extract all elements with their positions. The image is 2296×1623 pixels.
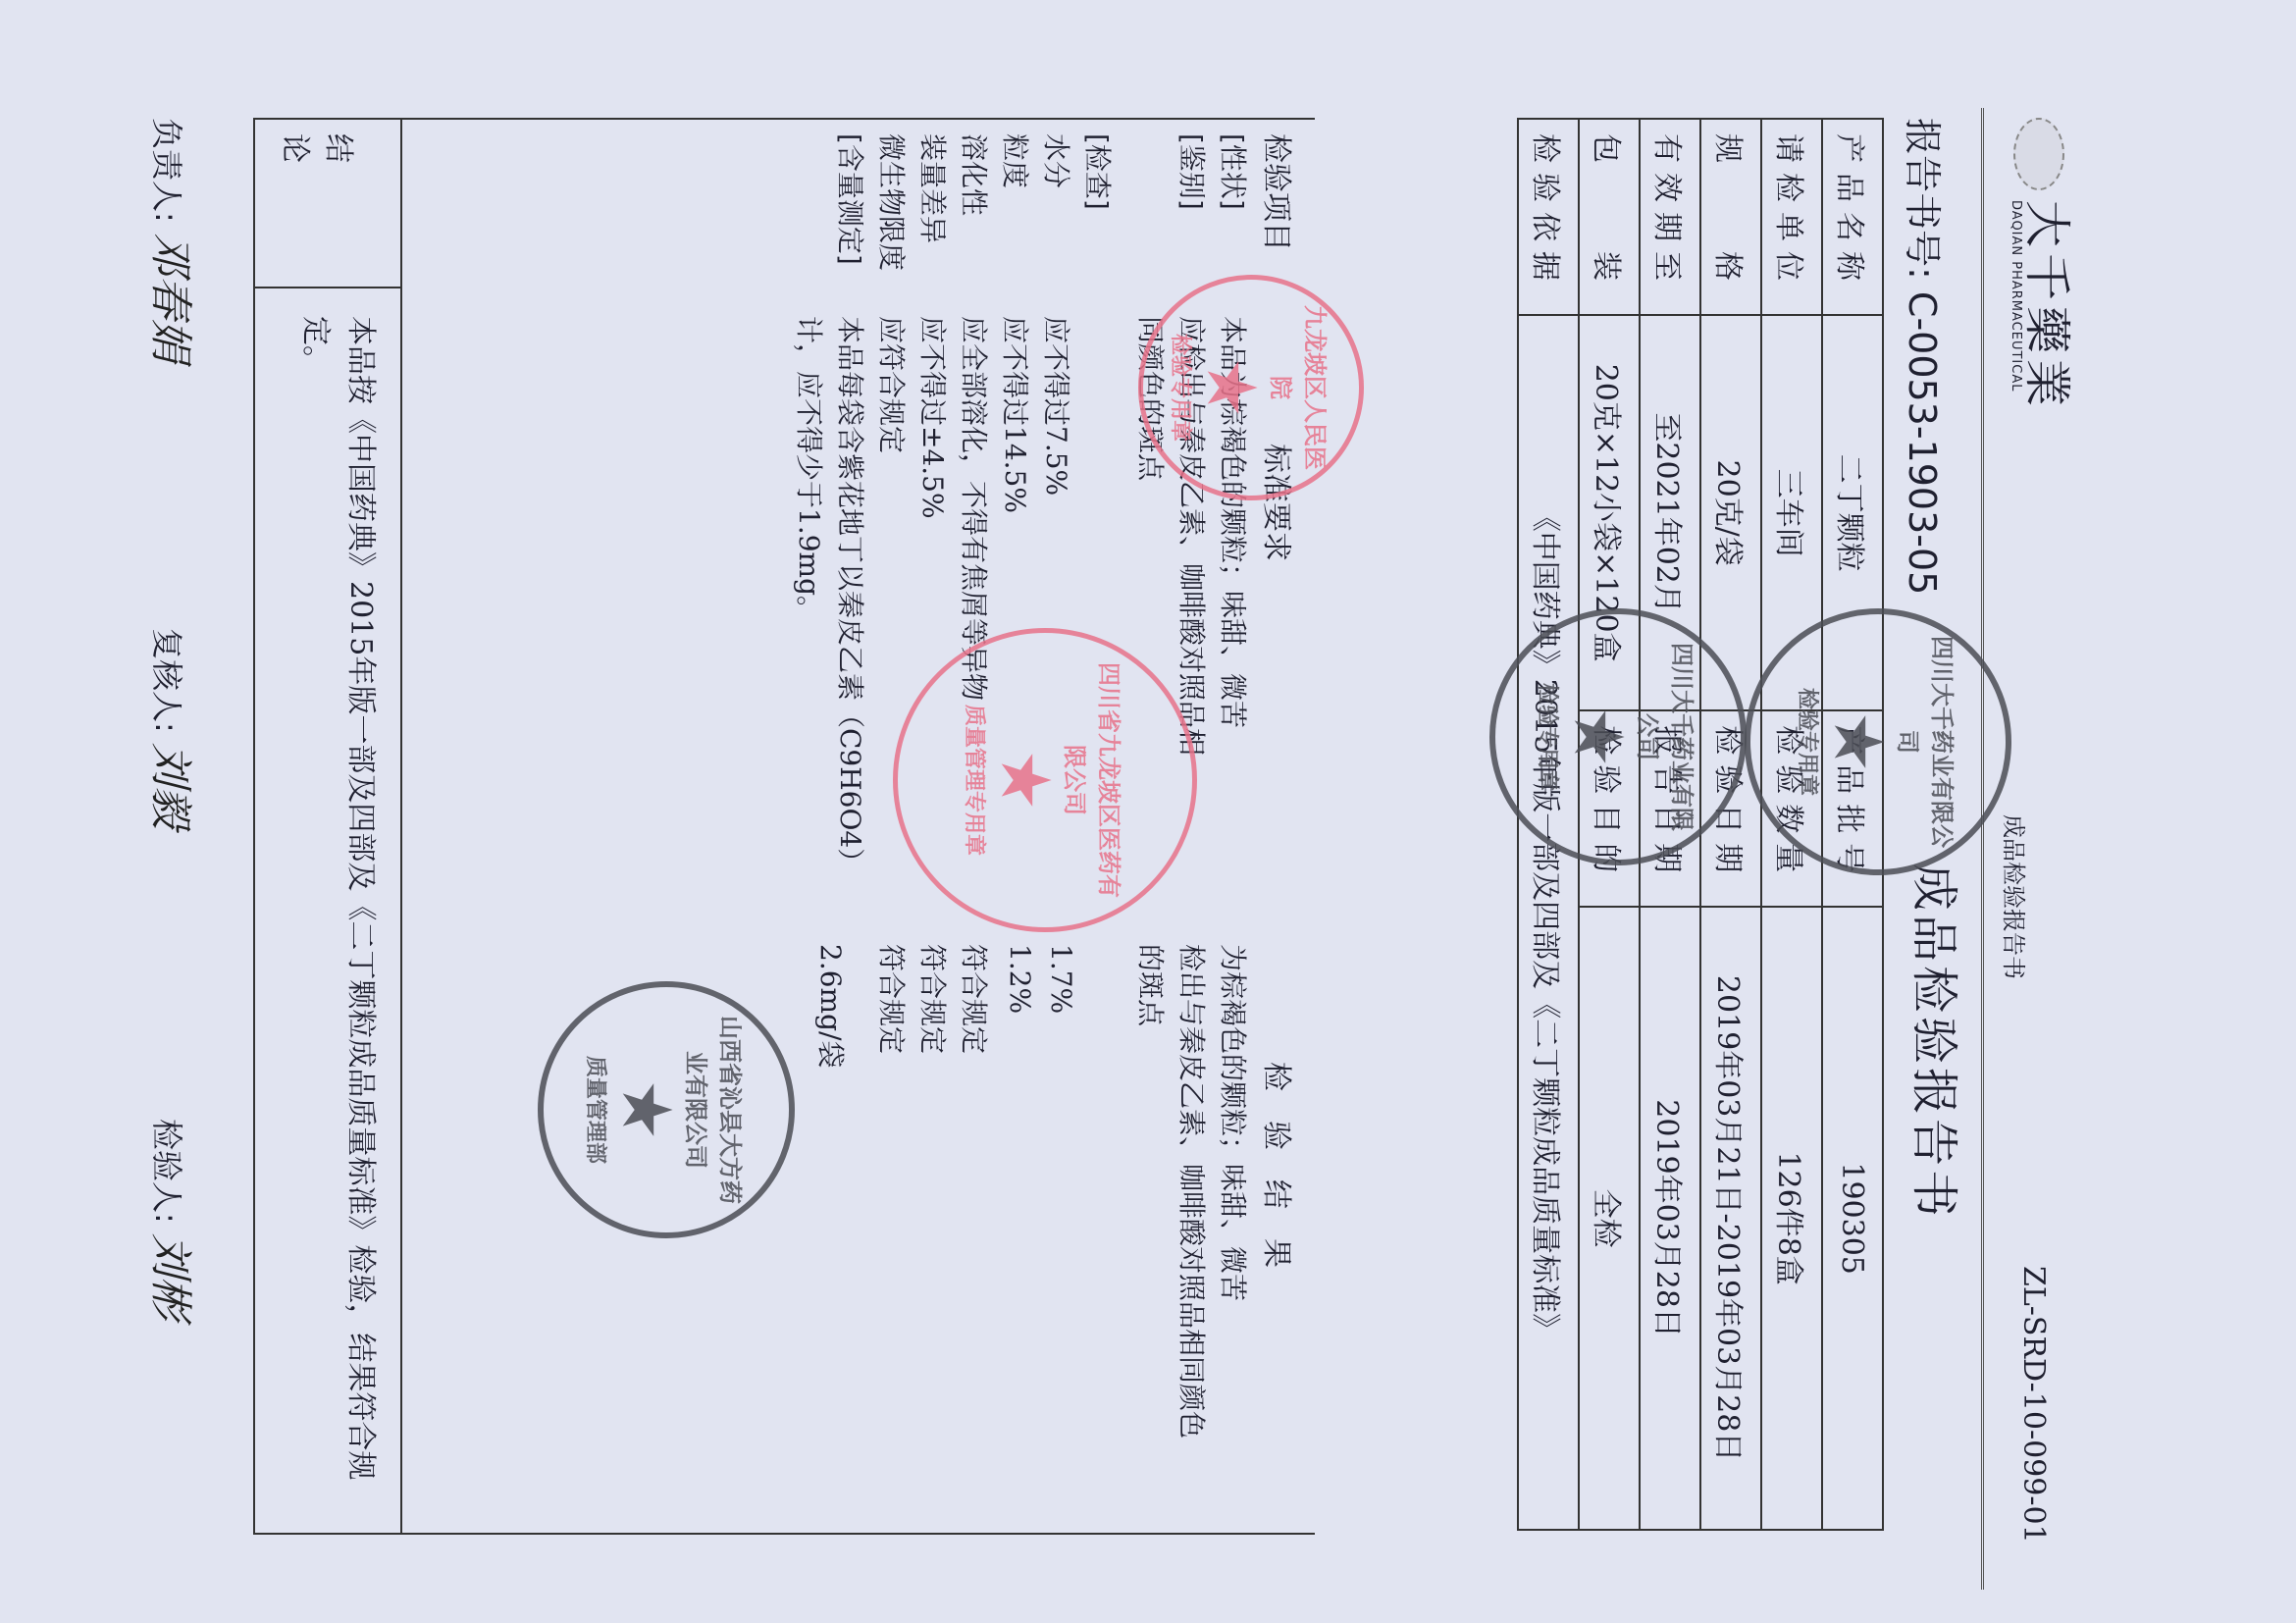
result-microbial-limit: 符合规定 bbox=[873, 944, 913, 1054]
label-packaging: 包 装 bbox=[1579, 119, 1640, 315]
document-code: ZL-SRD-10-099-01 bbox=[2016, 1266, 2051, 1544]
star-icon: ★ bbox=[1565, 707, 1634, 768]
value-purpose: 全检 bbox=[1579, 907, 1640, 1530]
header-item: 检验项目 bbox=[1258, 133, 1301, 251]
header-title: 成品检验报告书 bbox=[1999, 814, 2033, 979]
item-moisture: 水分 bbox=[1038, 133, 1077, 188]
result-identification-cont: 的斑点 bbox=[1132, 944, 1172, 1026]
star-icon: ★ bbox=[1825, 711, 1894, 773]
value-report-date: 2019年03月28日 bbox=[1640, 907, 1700, 1530]
star-icon: ★ bbox=[1198, 357, 1267, 419]
logo-english: DAQIAN PHARMACEUTICAL bbox=[2009, 200, 2023, 412]
result-appearance: 为棕褐色的颗粒；味甜、微苦 bbox=[1215, 944, 1254, 1301]
inspector-handwriting: 刘彬 bbox=[145, 1233, 195, 1320]
red-stamp-quality: 四川省九龙坡区医药有限公司 ★ 质量管理专用章 bbox=[893, 628, 1197, 932]
value-inspection-date: 2019年03月21日-2019年03月28日 bbox=[1700, 907, 1761, 1530]
stamp-bottom-text: 质量管理部 bbox=[583, 1056, 613, 1164]
standard-microbial-limit: 应符合规定 bbox=[873, 316, 913, 453]
conclusion-text: 本品按《中国药典》2015年版一部及四部及《二丁颗粒成品质量标准》检验，结果符合… bbox=[292, 316, 383, 1513]
grey-stamp-middle: 四川大千药业有限公司 ★ 检验专用章 bbox=[1489, 608, 1747, 865]
logo-chinese: 大千藥業 bbox=[2023, 200, 2070, 412]
star-icon: ★ bbox=[992, 750, 1061, 811]
item-fill-variation: 装量差异 bbox=[914, 133, 954, 243]
item-microbial-limit: 微生物限度 bbox=[873, 133, 913, 271]
report-number-label: 报告书号: bbox=[1901, 118, 1944, 280]
stamp-ring-text: 四川大千药业有限公司 bbox=[1894, 614, 1962, 869]
reviewer-label: 复核人: bbox=[148, 628, 185, 733]
logo-emblem-icon bbox=[2014, 118, 2065, 190]
grey-stamp-top: 四川大千药业有限公司 ★ 检验专用章 bbox=[1745, 608, 2011, 875]
inspector-signature: 检验人: 刘彬 bbox=[143, 1119, 206, 1320]
header-result: 检 验 结 果 bbox=[1258, 1062, 1301, 1268]
label-expiry: 有效期至 bbox=[1640, 119, 1700, 315]
item-granularity: 粒度 bbox=[997, 133, 1036, 188]
grey-stamp-bottom: 山西省沁县大方药业有限公司 ★ 质量管理部 bbox=[538, 981, 795, 1238]
item-appearance: [性状] bbox=[1215, 133, 1254, 210]
report-title: 成品检验报告书 bbox=[1905, 864, 1972, 1221]
reviewer-handwriting: 刘毅 bbox=[145, 743, 195, 829]
result-granularity: 1.2% bbox=[1004, 944, 1036, 1014]
value-batch-no: 190305 bbox=[1822, 907, 1883, 1530]
label-spec: 规 格 bbox=[1700, 119, 1761, 315]
standard-assay-cont: 计，应不得少于1.9mg。 bbox=[791, 316, 830, 623]
red-stamp-inspection: 九龙坡区人民医院 ★ 检验专用章 bbox=[1138, 275, 1364, 500]
report-number: 报告书号: C-0053-1903-05 bbox=[1899, 118, 1953, 595]
responsible-handwriting: 邓春娟 bbox=[145, 233, 195, 362]
inspection-report-page: 大千藥業 DAQIAN PHARMACEUTICAL 成品检验报告书 ZL-SR… bbox=[0, 0, 2296, 1623]
header-divider bbox=[1981, 108, 1984, 1590]
label-product-name: 产品名称 bbox=[1822, 119, 1883, 315]
standard-fill-variation: 应不得过±4.5% bbox=[914, 316, 954, 519]
result-identification: 检出与秦皮乙素、咖啡酸对照品相同颜色 bbox=[1174, 944, 1213, 1439]
stamp-ring-text: 四川大千药业有限公司 bbox=[1634, 614, 1702, 860]
stamp-bottom-text: 检验专用章 bbox=[1795, 688, 1825, 796]
report-number-value: C-0053-1903-05 bbox=[1901, 291, 1944, 595]
value-quantity: 126件8盒 bbox=[1761, 907, 1822, 1530]
standard-assay: 本品每袋含紫花地丁以秦皮乙素（C9H6O4） bbox=[832, 316, 871, 875]
item-solubility: 溶化性 bbox=[956, 133, 995, 216]
conclusion-label: 结 论 bbox=[277, 133, 363, 251]
stamp-ring-text: 山西省沁县大方药业有限公司 bbox=[682, 987, 751, 1232]
responsible-label: 负责人: bbox=[148, 118, 185, 223]
item-assay: [含量测定] bbox=[832, 133, 871, 265]
result-assay: 2.6mg/袋 bbox=[812, 944, 852, 1068]
value-basis: 《中国药典》2015年版一部及四部及《二丁颗粒成品质量标准》 bbox=[1518, 315, 1579, 1530]
reviewer-signature: 复核人: 刘毅 bbox=[143, 628, 206, 829]
star-icon: ★ bbox=[613, 1079, 682, 1141]
item-checks: [检查] bbox=[1079, 133, 1119, 210]
stamp-bottom-text: 质量管理专用章 bbox=[962, 705, 992, 856]
result-solubility: 符合规定 bbox=[956, 944, 995, 1054]
result-fill-variation: 符合规定 bbox=[914, 944, 954, 1054]
result-moisture: 1.7% bbox=[1045, 944, 1077, 1014]
inspector-label: 检验人: bbox=[148, 1119, 185, 1224]
responsible-signature: 负责人: 邓春娟 bbox=[143, 118, 206, 362]
stamp-bottom-text: 检验专用章 bbox=[1535, 683, 1565, 791]
conclusion-section: 结 论 本品按《中国药典》2015年版一部及四部及《二丁颗粒成品质量标准》检验，… bbox=[253, 118, 402, 1535]
conclusion-divider bbox=[255, 287, 402, 288]
stamp-bottom-text: 检验专用章 bbox=[1168, 334, 1198, 442]
item-identification: [鉴别] bbox=[1174, 133, 1213, 210]
label-requesting-unit: 请检单位 bbox=[1761, 119, 1822, 315]
company-logo: 大千藥業 DAQIAN PHARMACEUTICAL bbox=[2009, 118, 2070, 412]
stamp-ring-text: 四川省九龙坡区医药有限公司 bbox=[1061, 633, 1129, 927]
standard-moisture: 应不得过7.5% bbox=[1038, 316, 1077, 496]
label-basis: 检验依据 bbox=[1518, 119, 1579, 315]
standard-granularity: 应不得过14.5% bbox=[997, 316, 1036, 513]
stamp-ring-text: 九龙坡区人民医院 bbox=[1267, 280, 1335, 496]
